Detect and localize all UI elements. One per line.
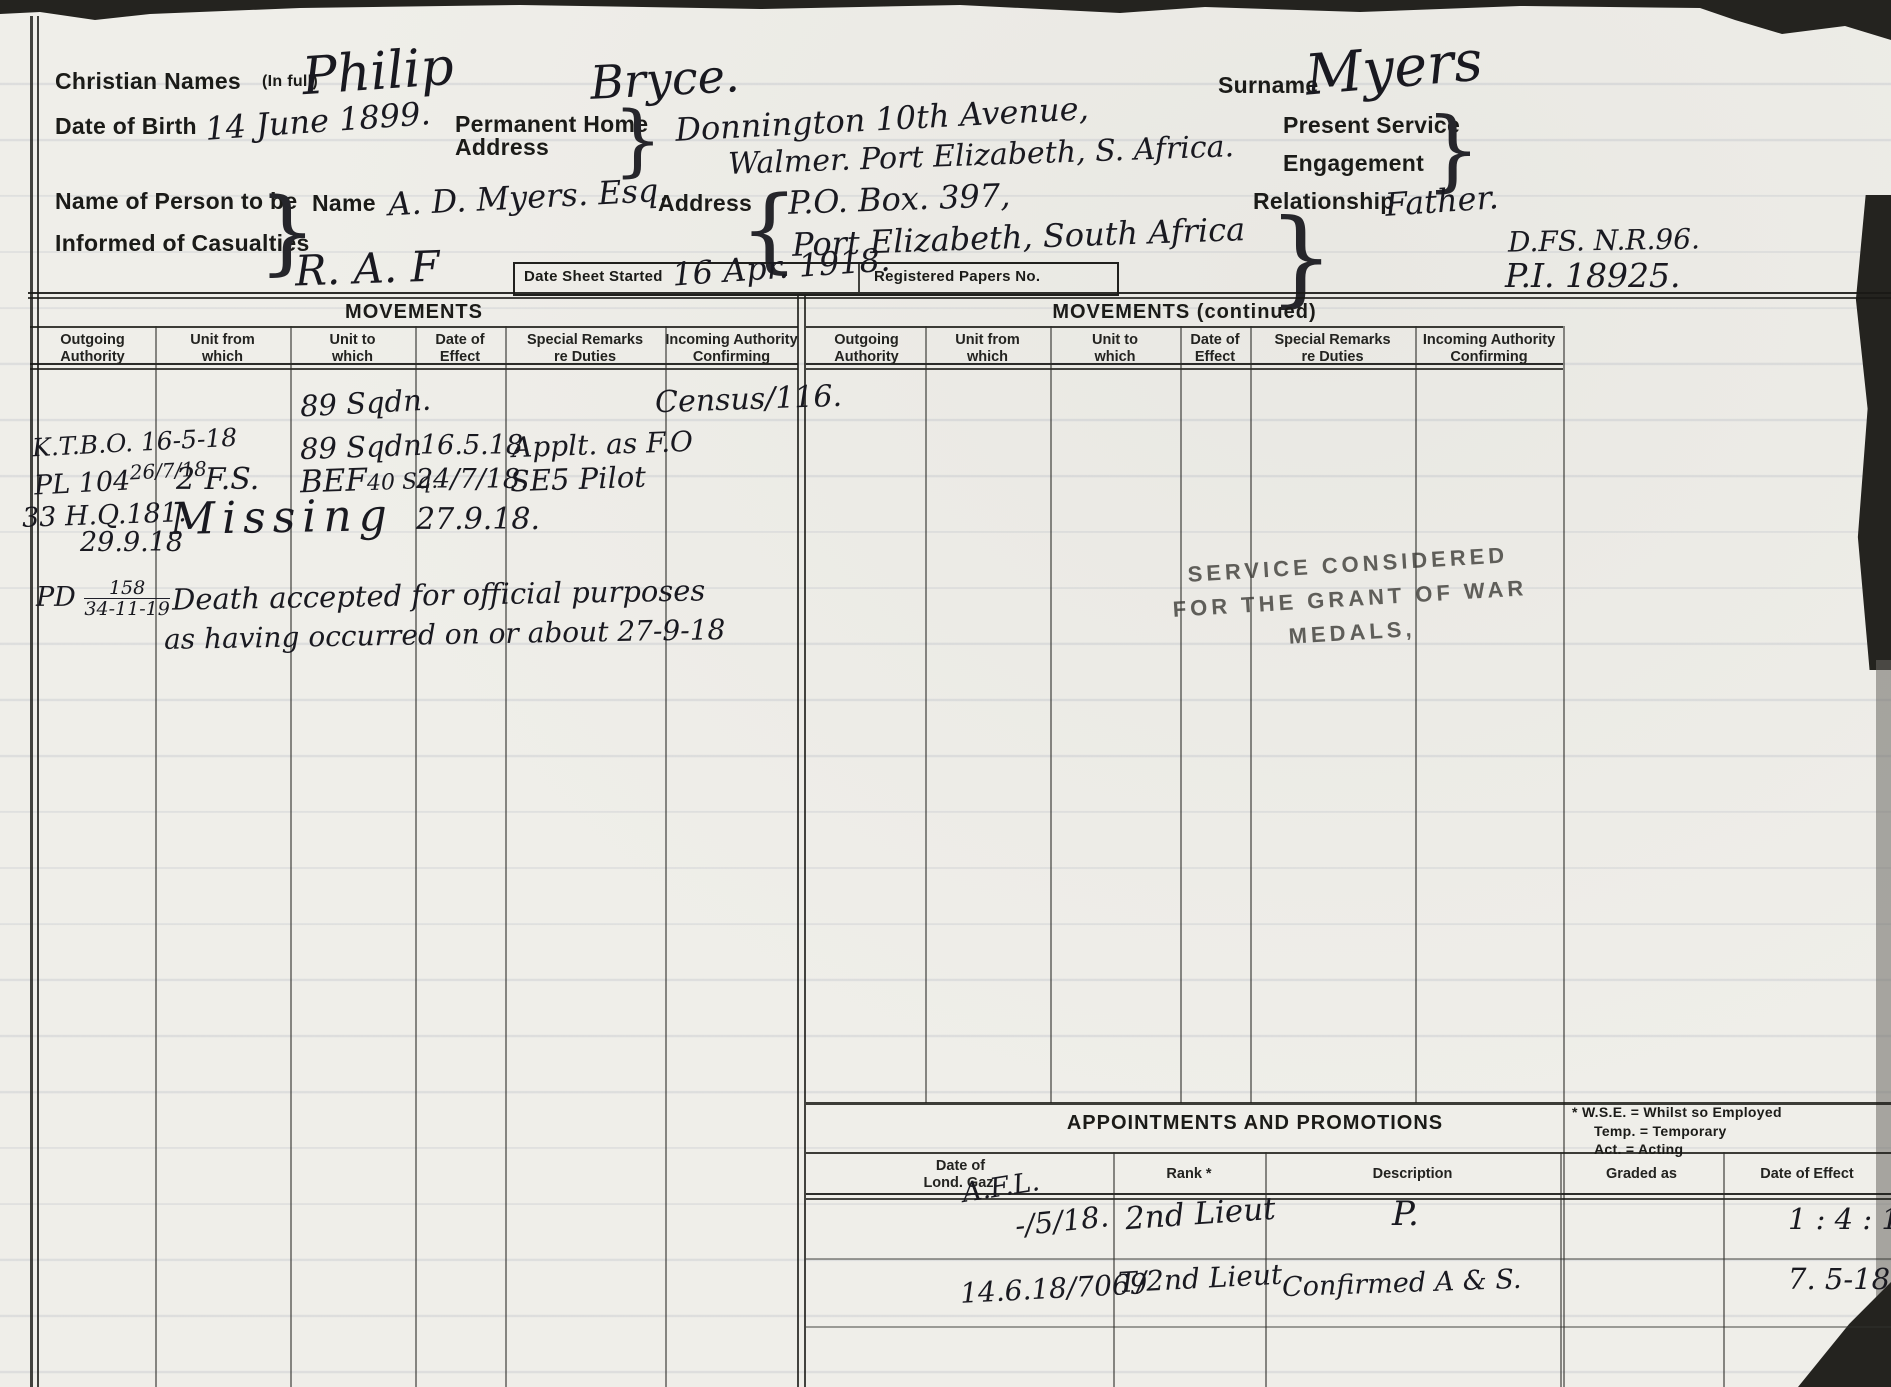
entry4-outgoing-date: 29.9.18 bbox=[80, 527, 183, 558]
appointments-title-underline bbox=[806, 1152, 1891, 1154]
col2-incoming-authority: Incoming AuthorityConfirming bbox=[1415, 332, 1563, 366]
left-table-line-5 bbox=[665, 326, 667, 1387]
service-value: R. A. F bbox=[294, 241, 440, 295]
first-name-value: Philip bbox=[300, 37, 455, 107]
registered-papers-label: Registered Papers No. bbox=[874, 268, 1040, 285]
center-divider-right bbox=[804, 296, 806, 1387]
middle-name-value: Bryce. bbox=[589, 48, 741, 110]
right-table-right-edge bbox=[1563, 326, 1565, 1387]
col2-unit-from: Unit fromwhich bbox=[925, 332, 1050, 366]
pi-ref-value: P.I. 18925. bbox=[1505, 256, 1681, 295]
name-label: Name bbox=[312, 190, 376, 217]
date-of-birth-label: Date of Birth bbox=[55, 113, 197, 140]
relationship-value: Father. bbox=[1384, 178, 1500, 224]
col-date-of-effect-2: Date of Effect bbox=[1723, 1166, 1891, 1183]
col-outgoing-authority: OutgoingAuthority bbox=[32, 332, 153, 366]
entry4-date: 27.9.18. bbox=[416, 502, 540, 537]
entry1-unit-to: 89 Sqdn. bbox=[299, 383, 432, 424]
appointments-legend-line1: * W.S.E. = Whilst so Employed bbox=[1572, 1104, 1782, 1120]
address-label: Address bbox=[658, 190, 752, 217]
entry4-status: Missing bbox=[170, 490, 395, 545]
col-description: Description bbox=[1265, 1166, 1560, 1183]
movements-continued-title-underline bbox=[806, 326, 1563, 328]
date-sheet-started-label: Date Sheet Started bbox=[524, 268, 663, 285]
christian-names-label: Christian Names bbox=[55, 68, 241, 95]
movements-title-underline bbox=[30, 326, 798, 328]
col-incoming-authority: Incoming AuthorityConfirming bbox=[665, 332, 798, 366]
col-rank: Rank * bbox=[1113, 1166, 1265, 1183]
appt-row-line-1 bbox=[806, 1258, 1891, 1260]
header-bottom-rule bbox=[28, 292, 1891, 299]
permanent-home-label-line2: Address bbox=[455, 134, 549, 161]
right-table-line-3 bbox=[1180, 326, 1182, 1103]
col-unit-to: Unit towhich bbox=[290, 332, 415, 366]
right-table-line-4 bbox=[1250, 326, 1252, 1103]
surname-label: Surname bbox=[1218, 72, 1319, 99]
appointments-title: APPOINTMENTS AND PROMOTIONS bbox=[950, 1112, 1560, 1135]
col-special-remarks: Special Remarksre Duties bbox=[505, 332, 665, 366]
casualty-address-line1: P.O. Box. 397, bbox=[787, 176, 1011, 222]
appt-line-4 bbox=[1723, 1152, 1725, 1387]
entry1-incoming: Census/116. bbox=[654, 379, 842, 421]
col-unit-from: Unit fromwhich bbox=[155, 332, 290, 366]
appt-row2-effect: 7. 5-18 bbox=[1788, 1262, 1890, 1296]
form-left-border-inner bbox=[37, 16, 39, 1387]
col-date-of-effect: Date ofEffect bbox=[415, 332, 505, 366]
movements-continued-title: MOVEMENTS (continued) bbox=[806, 301, 1563, 324]
appointments-legend-line3: Act. = Acting bbox=[1594, 1141, 1683, 1157]
movements-title: MOVEMENTS bbox=[30, 301, 798, 324]
right-table-line-2 bbox=[1050, 326, 1052, 1103]
appt-row1-desc: P. bbox=[1392, 1194, 1419, 1234]
engagement-label: Engagement bbox=[1283, 150, 1424, 177]
entry5-ref: PD 15834-11-19 bbox=[36, 578, 170, 619]
col2-special-remarks: Special Remarksre Duties bbox=[1250, 332, 1415, 366]
col-graded-as: Graded as bbox=[1560, 1166, 1723, 1183]
col2-outgoing-authority: OutgoingAuthority bbox=[808, 332, 925, 366]
left-table-line-2 bbox=[290, 326, 292, 1387]
right-table-line-1 bbox=[925, 326, 927, 1103]
appt-row-line-2 bbox=[806, 1326, 1891, 1328]
appt-line-3 bbox=[1560, 1152, 1562, 1387]
center-divider-left bbox=[797, 296, 799, 1387]
entry2-remarks: Applt. as F.O bbox=[511, 425, 693, 464]
appt-row1-effect: 1 : 4 : 18 bbox=[1788, 1202, 1891, 1236]
col2-date-of-effect: Date ofEffect bbox=[1180, 332, 1250, 366]
form-left-border-outer bbox=[30, 16, 33, 1387]
right-table-line-5 bbox=[1415, 326, 1417, 1103]
col2-unit-to: Unit towhich bbox=[1050, 332, 1180, 366]
entry2-date: 16.5.18 bbox=[420, 430, 523, 461]
dfs-ref-value: D.FS. N.R.96. bbox=[1508, 222, 1700, 258]
entry3-remarks: SE5 Pilot bbox=[509, 460, 646, 499]
appointments-legend-line2: Temp. = Temporary bbox=[1594, 1123, 1727, 1139]
relationship-brace bbox=[1268, 196, 1334, 318]
